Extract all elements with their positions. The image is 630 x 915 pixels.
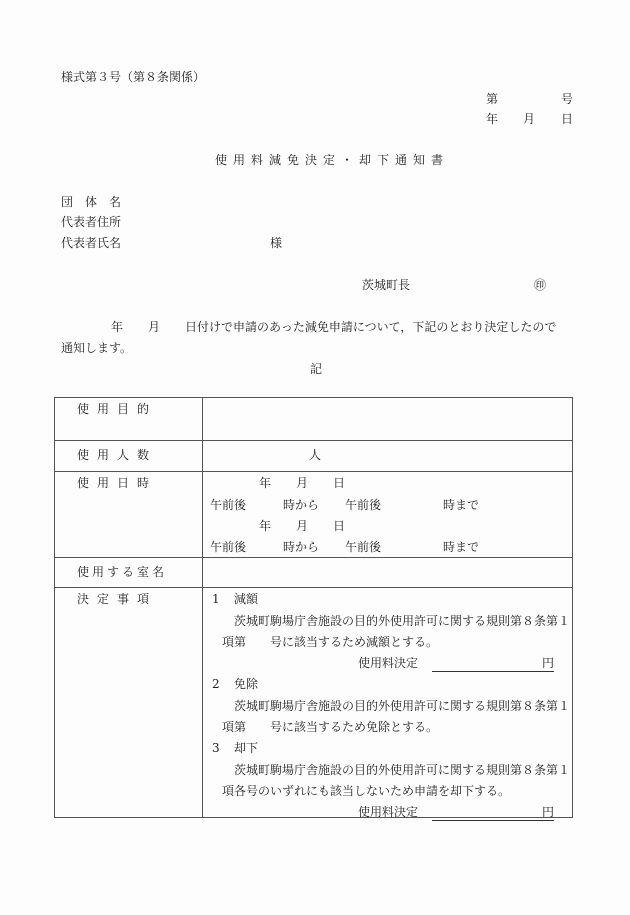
datetime-label: 使用日時 — [55, 472, 203, 558]
dt2-day: 日 — [333, 518, 345, 534]
people-unit: 人 — [203, 448, 321, 462]
decision-label: 決定事項 — [55, 588, 203, 818]
dt1-from: 時から — [283, 497, 319, 513]
decision-2-number: 2 — [212, 676, 220, 692]
row-people: 使用人数 人 — [55, 441, 573, 472]
dt2-until: 時まで — [443, 539, 479, 555]
dt2-ampm-until: 午前後 — [345, 539, 381, 555]
decision-2-text1: 茨城町駒場庁舎施設の目的外使用許可に関する規則第８条第１ — [234, 698, 570, 714]
decision-3-text2: 項各号のいずれにも該当しないため申請を却下する。 — [222, 783, 510, 799]
rep-address-label: 代表者住所 — [61, 214, 121, 230]
decision-3-title: 却下 — [234, 740, 258, 756]
dt2-ampm-from: 午前後 — [210, 539, 246, 555]
room-value[interactable] — [203, 558, 573, 588]
decision-1-fee-unit: 円 — [542, 656, 554, 670]
row-decision: 決定事項 1 減額 茨城町駒場庁舎施設の目的外使用許可に関する規則第８条第１ 項… — [55, 588, 573, 818]
body-month: 月 — [148, 319, 160, 335]
dt1-ampm-until: 午前後 — [345, 497, 381, 513]
decision-3-number: 3 — [212, 740, 220, 756]
decision-1-text1: 茨城町駒場庁舎施設の目的外使用許可に関する規則第８条第１ — [234, 613, 570, 629]
purpose-value[interactable] — [203, 398, 573, 441]
row-room: 使用する室名 — [55, 558, 573, 588]
decision-1-fee-field[interactable]: 円 — [432, 655, 554, 672]
dt1-ampm-from: 午前後 — [210, 497, 246, 513]
form-number: 様式第３号（第８条関係） — [61, 69, 205, 85]
dt1-month: 月 — [296, 475, 308, 491]
decision-3-fee-field[interactable]: 円 — [432, 804, 554, 821]
honorific: 様 — [270, 235, 282, 251]
decision-1-title: 減額 — [234, 591, 258, 607]
decision-table: 使用目的 使用人数 人 使用日時 年 月 日 午前後 時から 午前後 時まで 年… — [54, 397, 573, 818]
sender-title: 茨城町長 — [362, 277, 410, 293]
dt1-day: 日 — [333, 475, 345, 491]
dt1-until: 時まで — [443, 497, 479, 513]
body-line1: 日付けで申請のあった減免申請について，下記のとおり決定したので — [185, 319, 556, 335]
decision-1-fee-label: 使用料決定 — [358, 655, 418, 671]
decision-value: 1 減額 茨城町駒場庁舎施設の目的外使用許可に関する規則第８条第１ 項第 号に該… — [203, 588, 573, 818]
doc-number-suffix: 号 — [561, 91, 573, 107]
decision-3-fee-label: 使用料決定 — [358, 804, 418, 820]
page-title: 使用料減免決定・却下通知書 — [215, 152, 449, 168]
decision-2-text2: 項第 号に該当するため免除とする。 — [222, 719, 438, 735]
org-name-label: 団 体 名 — [61, 194, 121, 210]
row-purpose: 使用目的 — [55, 398, 573, 441]
decision-3-fee-unit: 円 — [542, 805, 554, 819]
ki-heading: 記 — [310, 361, 322, 377]
body-line2: 通知します。 — [61, 340, 132, 356]
doc-number-prefix: 第 — [486, 91, 498, 107]
decision-1-number: 1 — [212, 591, 220, 607]
people-value[interactable]: 人 — [203, 441, 573, 472]
body-year: 年 — [111, 319, 123, 335]
rep-name-label: 代表者氏名 — [61, 235, 121, 251]
datetime-value[interactable]: 年 月 日 午前後 時から 午前後 時まで 年 月 日 午前後 時から 午前後 … — [203, 472, 573, 558]
doc-date-year: 年 — [486, 111, 498, 127]
doc-date-day: 日 — [561, 111, 573, 127]
decision-1-text2: 項第 号に該当するため減額とする。 — [222, 634, 438, 650]
dt2-year: 年 — [259, 518, 271, 534]
row-datetime: 使用日時 年 月 日 午前後 時から 午前後 時まで 年 月 日 午前後 時から… — [55, 472, 573, 558]
seal-mark: ㊞ — [534, 277, 546, 293]
people-label: 使用人数 — [55, 441, 203, 472]
room-label: 使用する室名 — [55, 558, 203, 588]
dt2-month: 月 — [296, 518, 308, 534]
decision-3-text1: 茨城町駒場庁舎施設の目的外使用許可に関する規則第８条第１ — [234, 762, 570, 778]
dt2-from: 時から — [283, 539, 319, 555]
dt1-year: 年 — [259, 475, 271, 491]
purpose-label: 使用目的 — [55, 398, 203, 441]
decision-2-title: 免除 — [234, 676, 258, 692]
doc-date-month: 月 — [523, 111, 535, 127]
